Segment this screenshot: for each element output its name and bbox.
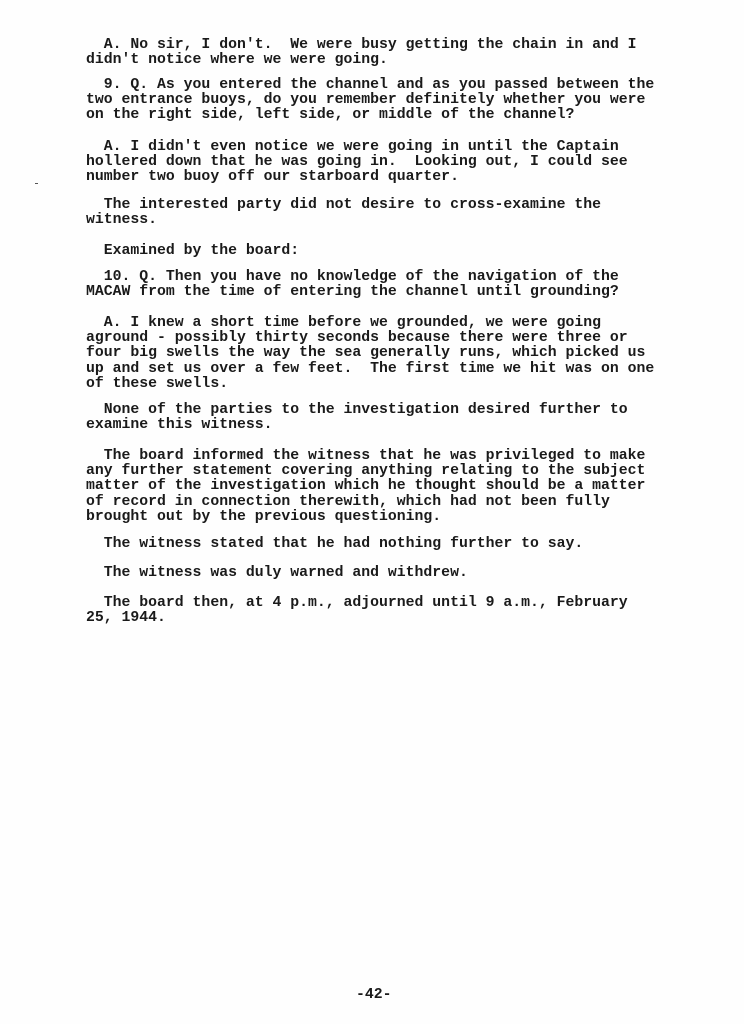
transcript-paragraph: A. I didn't even notice we were going in… [86,140,686,186]
text-line: The witness stated that he had nothing f… [86,537,686,552]
text-line: The interested party did not desire to c… [86,198,686,213]
text-line: brought out by the previous questioning. [86,510,686,525]
text-line: A. I knew a short time before we grounde… [86,316,686,331]
text-line: four big swells the way the sea generall… [86,346,686,361]
transcript-paragraph: The witness was duly warned and withdrew… [86,566,686,581]
text-line: up and set us over a few feet. The first… [86,362,686,377]
text-line: witness. [86,213,686,228]
text-line: on the right side, left side, or middle … [86,108,686,123]
text-line: 9. Q. As you entered the channel and as … [86,78,686,93]
transcript-paragraph: None of the parties to the investigation… [86,403,686,433]
text-line: examine this witness. [86,418,686,433]
text-line: A. No sir, I don't. We were busy getting… [86,38,686,53]
document-page: A. No sir, I don't. We were busy getting… [0,0,744,1024]
text-line: hollered down that he was going in. Look… [86,155,686,170]
text-line: didn't notice where we were going. [86,53,686,68]
transcript-paragraph: A. I knew a short time before we grounde… [86,316,686,392]
text-line: The board informed the witness that he w… [86,449,686,464]
text-line: Examined by the board: [86,244,686,259]
transcript-paragraph: 9. Q. As you entered the channel and as … [86,78,686,124]
text-line: any further statement covering anything … [86,464,686,479]
text-line: two entrance buoys, do you remember defi… [86,93,686,108]
transcript-paragraph: Examined by the board: [86,244,686,259]
text-line: 10. Q. Then you have no knowledge of the… [86,270,686,285]
text-line: of record in connection therewith, which… [86,495,686,510]
text-line: matter of the investigation which he tho… [86,479,686,494]
text-line: number two buoy off our starboard quarte… [86,170,686,185]
text-line: 25, 1944. [86,611,686,626]
scan-speck [35,183,38,184]
text-line: The board then, at 4 p.m., adjourned unt… [86,596,686,611]
text-line: A. I didn't even notice we were going in… [86,140,686,155]
text-line: None of the parties to the investigation… [86,403,686,418]
text-line: aground - possibly thirty seconds becaus… [86,331,686,346]
transcript-paragraph: The interested party did not desire to c… [86,198,686,228]
transcript-paragraph: The board then, at 4 p.m., adjourned unt… [86,596,686,626]
transcript-paragraph: A. No sir, I don't. We were busy getting… [86,38,686,68]
text-line: The witness was duly warned and withdrew… [86,566,686,581]
transcript-paragraph: 10. Q. Then you have no knowledge of the… [86,270,686,300]
transcript-paragraph: The board informed the witness that he w… [86,449,686,525]
transcript-paragraph: The witness stated that he had nothing f… [86,537,686,552]
text-line: of these swells. [86,377,686,392]
text-line: MACAW from the time of entering the chan… [86,285,686,300]
page-number: -42- [356,987,392,1003]
